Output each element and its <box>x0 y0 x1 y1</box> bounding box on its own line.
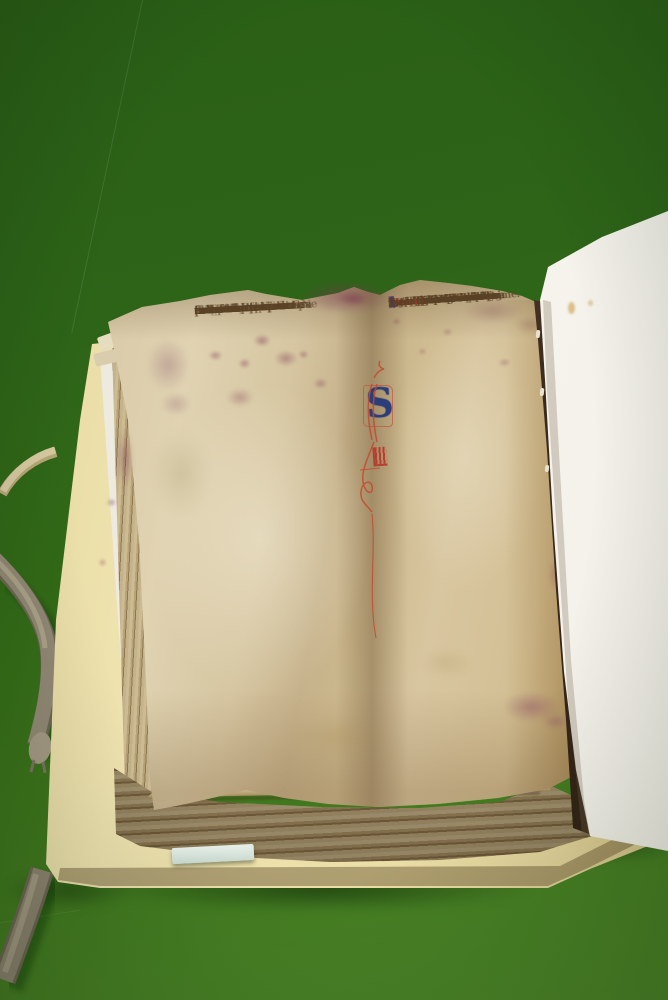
flyleaf-speck <box>588 300 593 306</box>
flyleaf-speck <box>568 302 575 314</box>
photo-scene: fuit. f.t.a. ta.iq. sicper uoc. a fer uo… <box>0 0 668 1000</box>
